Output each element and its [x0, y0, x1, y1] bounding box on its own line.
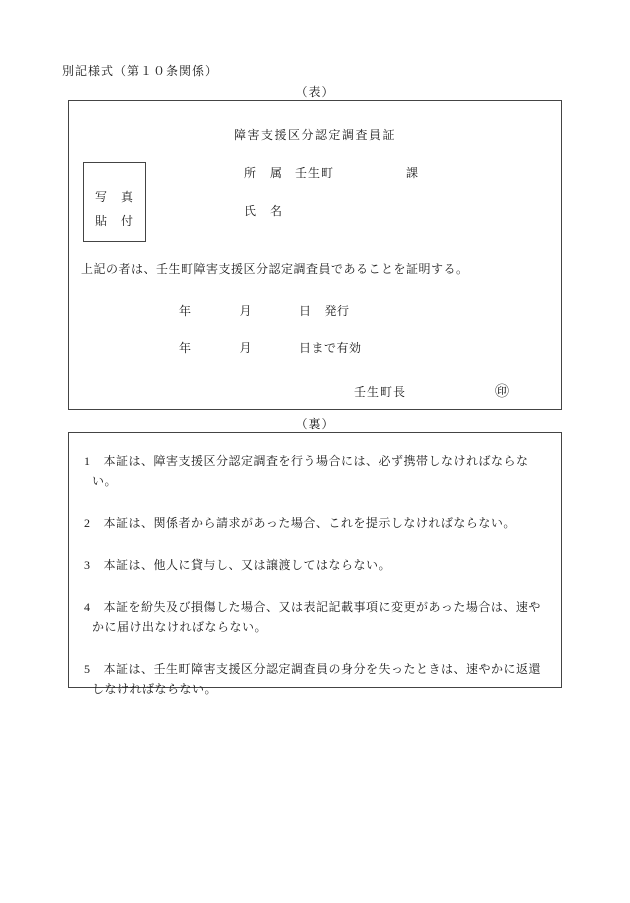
back-side-label: （裏） [68, 415, 562, 432]
front-card: 障害支援区分認定調査員証 写 真 貼 付 所 属壬生町 課 氏 名 上記の者は、… [68, 100, 562, 410]
rule-text: 本証は、関係者から請求があった場合、これを提示しなければならない。 [104, 516, 516, 530]
valid-year-label: 年 [179, 341, 192, 355]
affiliation-label: 所 属 [244, 166, 283, 180]
rule-number: 5 [84, 662, 91, 676]
rule-item-3: 3本証は、他人に貸与し、又は譲渡してはならない。 [81, 555, 548, 575]
issue-year-label: 年 [179, 304, 192, 318]
document-page: 別記様式（第１０条関係） （表） 障害支援区分認定調査員証 写 真 貼 付 所 … [0, 0, 630, 903]
rule-text: 本証を紛失及び損傷した場合、又は表記記載事項に変更があった場合は、速やかに届け出… [92, 600, 541, 634]
valid-until-row: 年月日まで有効 [179, 339, 362, 356]
issue-day-label: 日 [299, 304, 312, 318]
rule-item-1: 1本証は、障害支援区分認定調査を行う場合には、必ず携帯しなければならない。 [81, 451, 548, 491]
rule-number: 3 [84, 558, 91, 572]
photo-box-line1: 写 真 [84, 185, 145, 209]
affiliation-row: 所 属壬生町 [244, 164, 334, 181]
photo-box-line2: 貼 付 [84, 209, 145, 233]
mayor-signature-label: 壬生町長 [354, 383, 406, 400]
rule-text: 本証は、他人に貸与し、又は譲渡してはならない。 [104, 558, 392, 572]
issue-month-label: 月 [240, 304, 253, 318]
affiliation-suffix: 課 [406, 164, 419, 181]
rule-item-4: 4本証を紛失及び損傷した場合、又は表記記載事項に変更があった場合は、速やかに届け… [81, 597, 548, 637]
form-style-label: 別記様式（第１０条関係） [62, 62, 218, 79]
rule-text: 本証は、障害支援区分認定調査を行う場合には、必ず携帯しなければならない。 [92, 454, 529, 488]
rule-number: 1 [84, 454, 91, 468]
card-title: 障害支援区分認定調査員証 [69, 126, 561, 143]
valid-month-label: 月 [240, 341, 253, 355]
photo-attachment-box: 写 真 貼 付 [83, 162, 146, 242]
certification-statement: 上記の者は、壬生町障害支援区分認定調査員であることを証明する。 [81, 260, 469, 277]
issue-date-row: 年月日発行 [179, 302, 350, 319]
rules-list: 1本証は、障害支援区分認定調査を行う場合には、必ず携帯しなければならない。 2本… [69, 433, 561, 699]
name-label: 氏 名 [244, 202, 283, 219]
rule-item-2: 2本証は、関係者から請求があった場合、これを提示しなければならない。 [81, 513, 548, 533]
rule-number: 2 [84, 516, 91, 530]
seal-icon: ㊞ [495, 381, 509, 401]
valid-day-label: 日まで有効 [299, 341, 362, 355]
rule-item-5: 5本証は、壬生町障害支援区分認定調査員の身分を失ったときは、速やかに返還しなけれ… [81, 659, 548, 699]
back-card: 1本証は、障害支援区分認定調査を行う場合には、必ず携帯しなければならない。 2本… [68, 432, 562, 688]
front-side-label: （表） [68, 83, 562, 100]
rule-number: 4 [84, 600, 91, 614]
issue-suffix-label: 発行 [325, 304, 350, 318]
rule-text: 本証は、壬生町障害支援区分認定調査員の身分を失ったときは、速やかに返還しなければ… [92, 662, 541, 696]
affiliation-value: 壬生町 [295, 166, 334, 180]
